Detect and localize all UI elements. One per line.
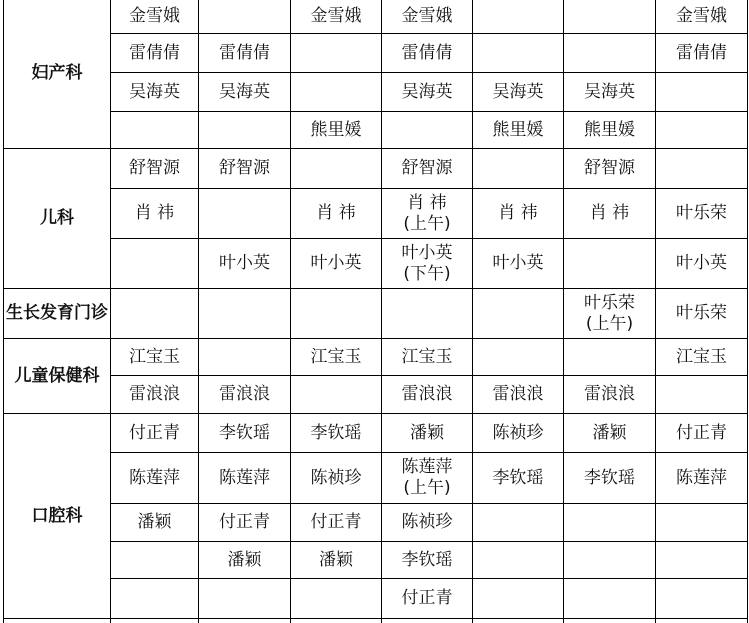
schedule-cell (111, 239, 199, 289)
schedule-cell: 李钦瑶 (564, 453, 656, 504)
schedule-cell (111, 579, 199, 619)
schedule-cell: 吴海英 (473, 73, 564, 112)
schedule-cell: 叶小英 (656, 239, 748, 289)
schedule-cell (564, 339, 656, 376)
schedule-cell: 舒智源 (111, 149, 199, 189)
schedule-cell (473, 149, 564, 189)
schedule-cell (111, 542, 199, 579)
department-label: 儿科 (4, 149, 111, 289)
schedule-cell: 吴海英 (382, 73, 473, 112)
schedule-cell: 熊里媛 (473, 112, 564, 149)
schedule-cell (656, 73, 748, 112)
schedule-cell: 江宝玉 (111, 339, 199, 376)
schedule-cell: 李钦瑶 (291, 414, 382, 453)
schedule-cell: 雷倩倩 (199, 34, 291, 73)
department-label: 口腔科 (4, 414, 111, 619)
schedule-cell: 潘颖 (291, 542, 382, 579)
schedule-cell (199, 0, 291, 34)
schedule-cell: 潘颖 (382, 414, 473, 453)
schedule-cell: 舒智源 (564, 149, 656, 189)
schedule-cell: 陈莲萍 (199, 453, 291, 504)
schedule-cell: 肖 祎 (111, 189, 199, 239)
schedule-cell (199, 339, 291, 376)
schedule-cell: 叶乐荣 (上午) (564, 289, 656, 339)
table-row: 潘颖潘颖李钦瑶 (4, 542, 748, 579)
schedule-cell: 李钦瑶 (199, 414, 291, 453)
schedule-cell: 肖 祎 (473, 189, 564, 239)
table-row: 吴海英吴海英吴海英吴海英吴海英 (4, 73, 748, 112)
schedule-cell (473, 579, 564, 619)
table-row: 生长发育门诊叶乐荣 (上午)叶乐荣 (4, 289, 748, 339)
schedule-cell (199, 619, 291, 623)
schedule-cell (291, 376, 382, 414)
department-label: 妇产科 (4, 0, 111, 149)
schedule-cell: 付正青 (111, 414, 199, 453)
schedule-cell (564, 239, 656, 289)
schedule-cell: 陈莲萍 (111, 453, 199, 504)
table-row: 妇产科金雪娥金雪娥金雪娥金雪娥 (4, 0, 748, 34)
schedule-cell: 雷倩倩 (382, 34, 473, 73)
schedule-cell (111, 112, 199, 149)
schedule-cell: 熊里媛 (291, 112, 382, 149)
schedule-cell: 吴海英 (199, 73, 291, 112)
schedule-cell: 雷浪浪 (111, 376, 199, 414)
schedule-cell: 江宝玉 (656, 339, 748, 376)
schedule-cell: 付正青 (199, 504, 291, 542)
schedule-cell: 付正青 (382, 579, 473, 619)
schedule-cell: 雷倩倩 (656, 34, 748, 73)
schedule-cell (473, 339, 564, 376)
table-row: 儿童保健科江宝玉江宝玉江宝玉江宝玉 (4, 339, 748, 376)
schedule-cell (656, 376, 748, 414)
schedule-cell: 金雪娥 (111, 0, 199, 34)
schedule-cell (382, 289, 473, 339)
schedule-cell (656, 504, 748, 542)
schedule-cell (199, 189, 291, 239)
schedule-cell (382, 112, 473, 149)
schedule-cell (473, 504, 564, 542)
schedule-cell (473, 542, 564, 579)
table-row: 潘颖付正青付正青陈祯珍 (4, 504, 748, 542)
schedule-cell: 陈祯珍 (473, 414, 564, 453)
schedule-cell (473, 619, 564, 623)
schedule-cell: 叶小英 (473, 239, 564, 289)
schedule-cell: 叶小英 (199, 239, 291, 289)
table-row: 雷浪浪雷浪浪雷浪浪雷浪浪雷浪浪 (4, 376, 748, 414)
schedule-cell (564, 579, 656, 619)
schedule-cell: 陈祯珍 (382, 504, 473, 542)
table-row: 付正青 (4, 579, 748, 619)
schedule-cell: 陈莲萍 (上午) (382, 453, 473, 504)
schedule-cell (473, 34, 564, 73)
schedule-cell: 潘颖 (564, 414, 656, 453)
schedule-cell (564, 34, 656, 73)
schedule-cell (291, 289, 382, 339)
schedule-cell: 雷浪浪 (199, 376, 291, 414)
schedule-cell (291, 619, 382, 623)
table-row (4, 619, 748, 623)
schedule-cell: 叶小英 (291, 239, 382, 289)
schedule-cell: 叶小英 (下午) (382, 239, 473, 289)
schedule-cell: 舒智源 (199, 149, 291, 189)
schedule-cell: 雷浪浪 (382, 376, 473, 414)
schedule-cell (291, 149, 382, 189)
schedule-cell (564, 619, 656, 623)
schedule-cell: 金雪娥 (656, 0, 748, 34)
schedule-cell: 吴海英 (111, 73, 199, 112)
department-label: 儿童保健科 (4, 339, 111, 414)
schedule-cell (656, 579, 748, 619)
schedule-cell (473, 289, 564, 339)
schedule-cell (656, 149, 748, 189)
schedule-cell: 江宝玉 (382, 339, 473, 376)
schedule-cell: 潘颖 (199, 542, 291, 579)
schedule-cell: 付正青 (291, 504, 382, 542)
schedule-cell (111, 289, 199, 339)
schedule-cell: 金雪娥 (382, 0, 473, 34)
schedule-cell (199, 289, 291, 339)
schedule-cell: 雷倩倩 (111, 34, 199, 73)
schedule-cell: 雷浪浪 (564, 376, 656, 414)
schedule-cell: 陈莲萍 (656, 453, 748, 504)
schedule-cell (111, 619, 199, 623)
schedule-cell: 熊里媛 (564, 112, 656, 149)
table-row: 熊里媛熊里媛熊里媛 (4, 112, 748, 149)
schedule-cell: 李钦瑶 (473, 453, 564, 504)
table-row: 叶小英叶小英叶小英 (下午)叶小英叶小英 (4, 239, 748, 289)
schedule-cell (656, 542, 748, 579)
schedule-cell (199, 112, 291, 149)
schedule-cell (656, 112, 748, 149)
department-label: 生长发育门诊 (4, 289, 111, 339)
schedule-cell: 潘颖 (111, 504, 199, 542)
table-row: 肖 祎肖 祎肖 祎 (上午)肖 祎肖 祎叶乐荣 (4, 189, 748, 239)
schedule-cell: 雷浪浪 (473, 376, 564, 414)
schedule-cell (291, 73, 382, 112)
table-row: 陈莲萍陈莲萍陈祯珍陈莲萍 (上午)李钦瑶李钦瑶陈莲萍 (4, 453, 748, 504)
schedule-cell (199, 579, 291, 619)
schedule-cell (291, 34, 382, 73)
schedule-cell: 陈祯珍 (291, 453, 382, 504)
schedule-cell: 叶乐荣 (656, 289, 748, 339)
schedule-cell: 肖 祎 (291, 189, 382, 239)
schedule-cell: 吴海英 (564, 73, 656, 112)
schedule-cell: 金雪娥 (291, 0, 382, 34)
schedule-cell: 肖 祎 (564, 189, 656, 239)
schedule-cell: 付正青 (656, 414, 748, 453)
schedule-cell: 江宝玉 (291, 339, 382, 376)
schedule-cell (564, 542, 656, 579)
schedule-cell (564, 504, 656, 542)
schedule-cell (656, 619, 748, 623)
table-row: 儿科舒智源舒智源舒智源舒智源 (4, 149, 748, 189)
schedule-cell: 肖 祎 (上午) (382, 189, 473, 239)
schedule-cell (291, 579, 382, 619)
schedule-cell (473, 0, 564, 34)
schedule-cell: 舒智源 (382, 149, 473, 189)
table-row: 口腔科付正青李钦瑶李钦瑶潘颖陈祯珍潘颖付正青 (4, 414, 748, 453)
schedule-cell (564, 0, 656, 34)
schedule-table: 妇产科金雪娥金雪娥金雪娥金雪娥雷倩倩雷倩倩雷倩倩雷倩倩吴海英吴海英吴海英吴海英吴… (3, 0, 748, 623)
department-label (4, 619, 111, 623)
table-row: 雷倩倩雷倩倩雷倩倩雷倩倩 (4, 34, 748, 73)
schedule-cell (382, 619, 473, 623)
schedule-cell: 叶乐荣 (656, 189, 748, 239)
schedule-cell: 李钦瑶 (382, 542, 473, 579)
